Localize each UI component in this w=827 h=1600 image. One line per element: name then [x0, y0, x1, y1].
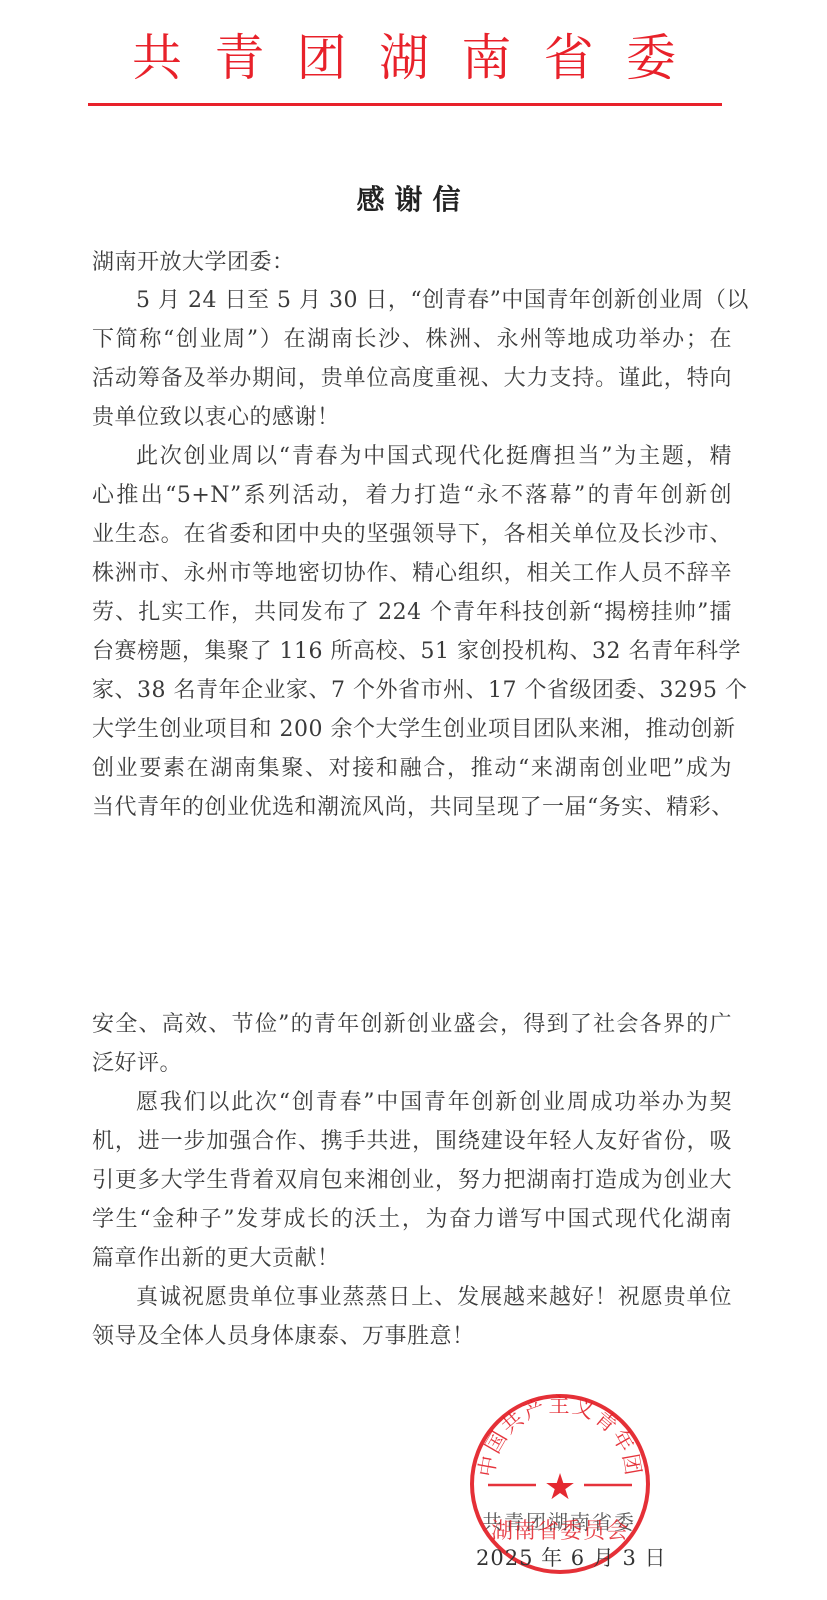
seal-star: ★: [544, 1467, 576, 1508]
body-line: 下简称“创业周”）在湖南长沙、株洲、永州等地成功举办；在: [92, 325, 732, 355]
body-line: 心推出“5+N”系列活动，着力打造“永不落幕”的青年创新创: [92, 481, 732, 511]
signature-date: 2025 年 6 月 3 日: [476, 1544, 667, 1572]
body-line: 真诚祝愿贵单位事业蒸蒸日上、发展越来越好！祝愿贵单位: [136, 1283, 732, 1313]
letterhead-divider: [88, 103, 722, 106]
document-title: 感谢信: [0, 180, 827, 220]
body-line: 台赛榜题，集聚了 116 所高校、51 家创投机构、32 名青年科学: [92, 637, 732, 667]
body-line: 愿我们以此次“创青春”中国青年创新创业周成功举办为契: [136, 1088, 732, 1118]
body-line: 机，进一步加强合作、携手共进，围绕建设年轻人友好省份，吸: [92, 1127, 732, 1157]
body-line: 安全、高效、节俭”的青年创新创业盛会，得到了社会各界的广: [92, 1010, 732, 1040]
body-line: 引更多大学生背着双肩包来湘创业，努力把湖南打造成为创业大: [92, 1166, 732, 1196]
body-line: 创业要素在湖南集聚、对接和融合，推动“来湖南创业吧”成为: [92, 754, 732, 784]
letterhead-char: 共: [132, 28, 182, 88]
letterhead-char: 省: [544, 28, 594, 88]
body-line: 株洲市、永州市等地密切协作、精心组织，相关工作人员不辞辛: [92, 559, 732, 589]
body-line: 当代青年的创业优选和潮流风尚，共同呈现了一届“务实、精彩、: [92, 793, 732, 823]
letterhead-char: 团: [297, 28, 347, 88]
body-line: 业生态。在省委和团中央的坚强领导下，各相关单位及长沙市、: [92, 520, 732, 550]
body-line: 5 月 24 日至 5 月 30 日，“创青春”中国青年创新创业周（以: [136, 286, 732, 316]
letterhead-title: 共 青 团 湖 南 省 委: [88, 28, 720, 88]
body-line: 泛好评。: [92, 1049, 732, 1079]
letterhead-char: 青: [214, 28, 264, 88]
letterhead-char: 南: [461, 28, 511, 88]
body-line: 篇章作出新的更大贡献！: [92, 1244, 732, 1274]
body-line: 贵单位致以衷心的感谢！: [92, 403, 732, 433]
salutation: 湖南开放大学团委：: [92, 248, 732, 278]
body-line: 领导及全体人员身体康泰、万事胜意！: [92, 1322, 732, 1352]
body-line: 劳、扎实工作，共同发布了 224 个青年科技创新“揭榜挂帅”擂: [92, 598, 732, 628]
body-line: 此次创业周以“青春为中国式现代化挺膺担当”为主题，精: [136, 442, 732, 472]
body-line: 活动筹备及举办期间，贵单位高度重视、大力支持。谨此，特向: [92, 364, 732, 394]
letterhead-char: 湖: [379, 28, 429, 88]
letterhead-char: 委: [626, 28, 676, 88]
body-line: 家、38 名青年企业家、7 个外省市州、17 个省级团委、3295 个: [92, 676, 732, 706]
body-line: 学生“金种子”发芽成长的沃土，为奋力谱写中国式现代化湖南: [92, 1205, 732, 1235]
svg-text:中国共产主义青年团: 中国共产主义青年团: [474, 1393, 645, 1479]
seal-bottom-text: 湖南省委员会: [491, 1518, 629, 1543]
body-line: 大学生创业项目和 200 余个大学生创业项目团队来湘，推动创新: [92, 715, 732, 745]
seal-arc-text: 中国共产主义青年团: [474, 1393, 645, 1479]
